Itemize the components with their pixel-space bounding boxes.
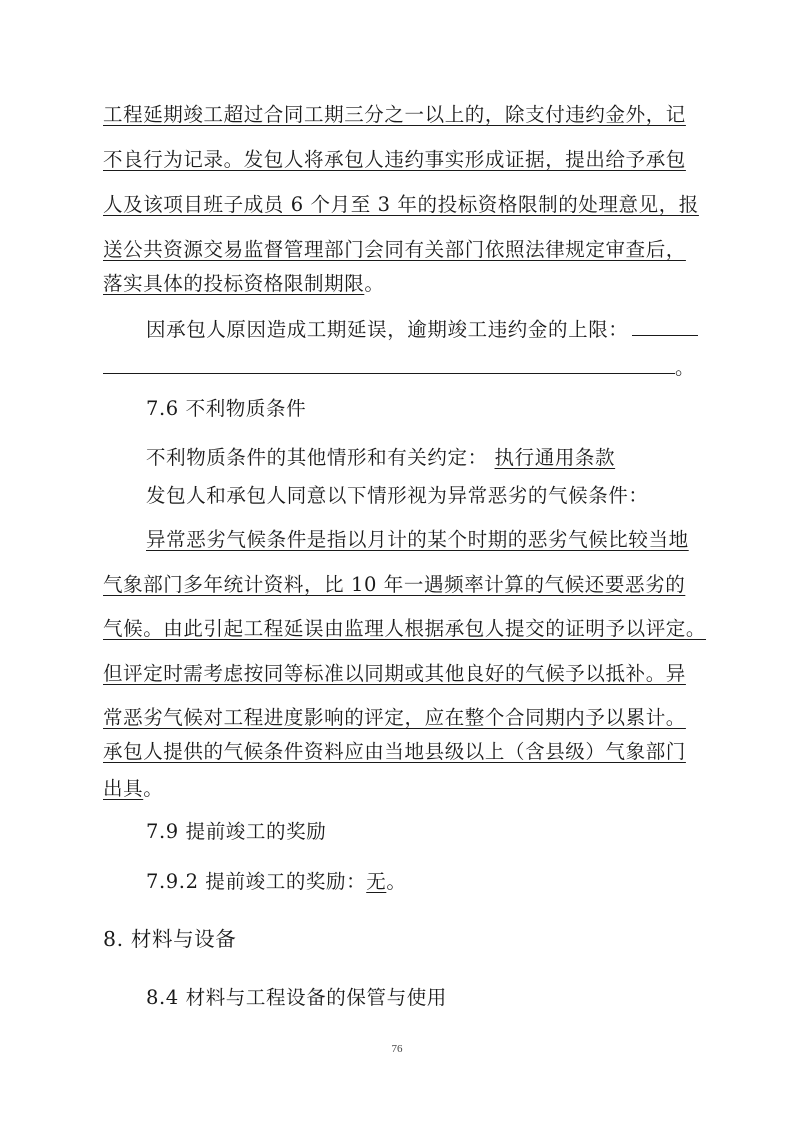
delay-penalty-cap-continuation: 。 xyxy=(103,356,695,380)
other-cases-label: 不利物质条件的其他情形和有关约定： xyxy=(146,446,488,469)
paragraph-text: 落实具体的投标资格限制期限 xyxy=(103,272,364,295)
climate-line: 气象部门多年统计资料，比 10 年一遇频率计算的气候还要恶劣的 xyxy=(103,573,685,597)
climate-text: 出具 xyxy=(103,777,143,800)
section-7-9-heading: 7.9 提前竣工的奖励 xyxy=(146,820,326,844)
other-cases-value: 执行通用条款 xyxy=(495,446,616,469)
paragraph-line: 人及该项目班子成员 6 个月至 3 年的投标资格限制的处理意见，报 xyxy=(103,193,699,217)
paragraph-line: 不良行为记录。发包人将承包人违约事实形成证据，提出给予承包 xyxy=(103,148,686,172)
section-8-heading: 8. 材料与设备 xyxy=(103,927,236,951)
climate-agreement-intro: 发包人和承包人同意以下情形视为异常恶劣的气候条件： xyxy=(146,484,649,508)
climate-line: 气候。由此引起工程延误由监理人根据承包人提交的证明予以评定。 xyxy=(103,617,706,641)
delay-penalty-cap-blank xyxy=(632,334,698,336)
page-number: 76 xyxy=(0,1043,794,1055)
climate-line: 异常恶劣气候条件是指以月计的某个时期的恶劣气候比较当地 xyxy=(146,528,689,552)
other-cases-row: 不利物质条件的其他情形和有关约定： 执行通用条款 xyxy=(146,446,615,470)
delay-penalty-cap-row: 因承包人原因造成工期延误，逾期竣工违约金的上限： xyxy=(146,318,698,342)
climate-line: 但评定时需考虑按同等标准以同期或其他良好的气候予以抵补。异 xyxy=(103,662,686,686)
climate-line: 承包人提供的气候条件资料应由当地县级以上（含县级）气象部门 xyxy=(103,740,686,764)
punctuation: 。 xyxy=(675,356,695,379)
paragraph-line: 工程延期竣工超过合同工期三分之一以上的，除支付违约金外，记 xyxy=(103,103,686,127)
early-completion-reward-label: 7.9.2 提前竣工的奖励： xyxy=(146,870,366,893)
delay-penalty-cap-value-blank xyxy=(103,372,675,374)
early-completion-reward-row: 7.9.2 提前竣工的奖励：无。 xyxy=(146,870,406,894)
paragraph-line: 送公共资源交易监督管理部门会同有关部门依照法律规定审查后， xyxy=(103,238,686,262)
climate-line-last: 出具。 xyxy=(103,777,163,801)
climate-line: 常恶劣气候对工程进度影响的评定，应在整个合同期内予以累计。 xyxy=(103,706,686,730)
section-7-6-heading: 7.6 不利物质条件 xyxy=(146,397,306,421)
paragraph-line-last: 落实具体的投标资格限制期限。 xyxy=(103,272,384,296)
delay-penalty-cap-label: 因承包人原因造成工期延误，逾期竣工违约金的上限： xyxy=(146,318,628,341)
punctuation: 。 xyxy=(386,870,406,893)
punctuation: 。 xyxy=(143,777,163,800)
early-completion-reward-value: 无 xyxy=(366,870,386,893)
punctuation: 。 xyxy=(364,272,384,295)
section-8-4-heading: 8.4 材料与工程设备的保管与使用 xyxy=(146,986,447,1010)
